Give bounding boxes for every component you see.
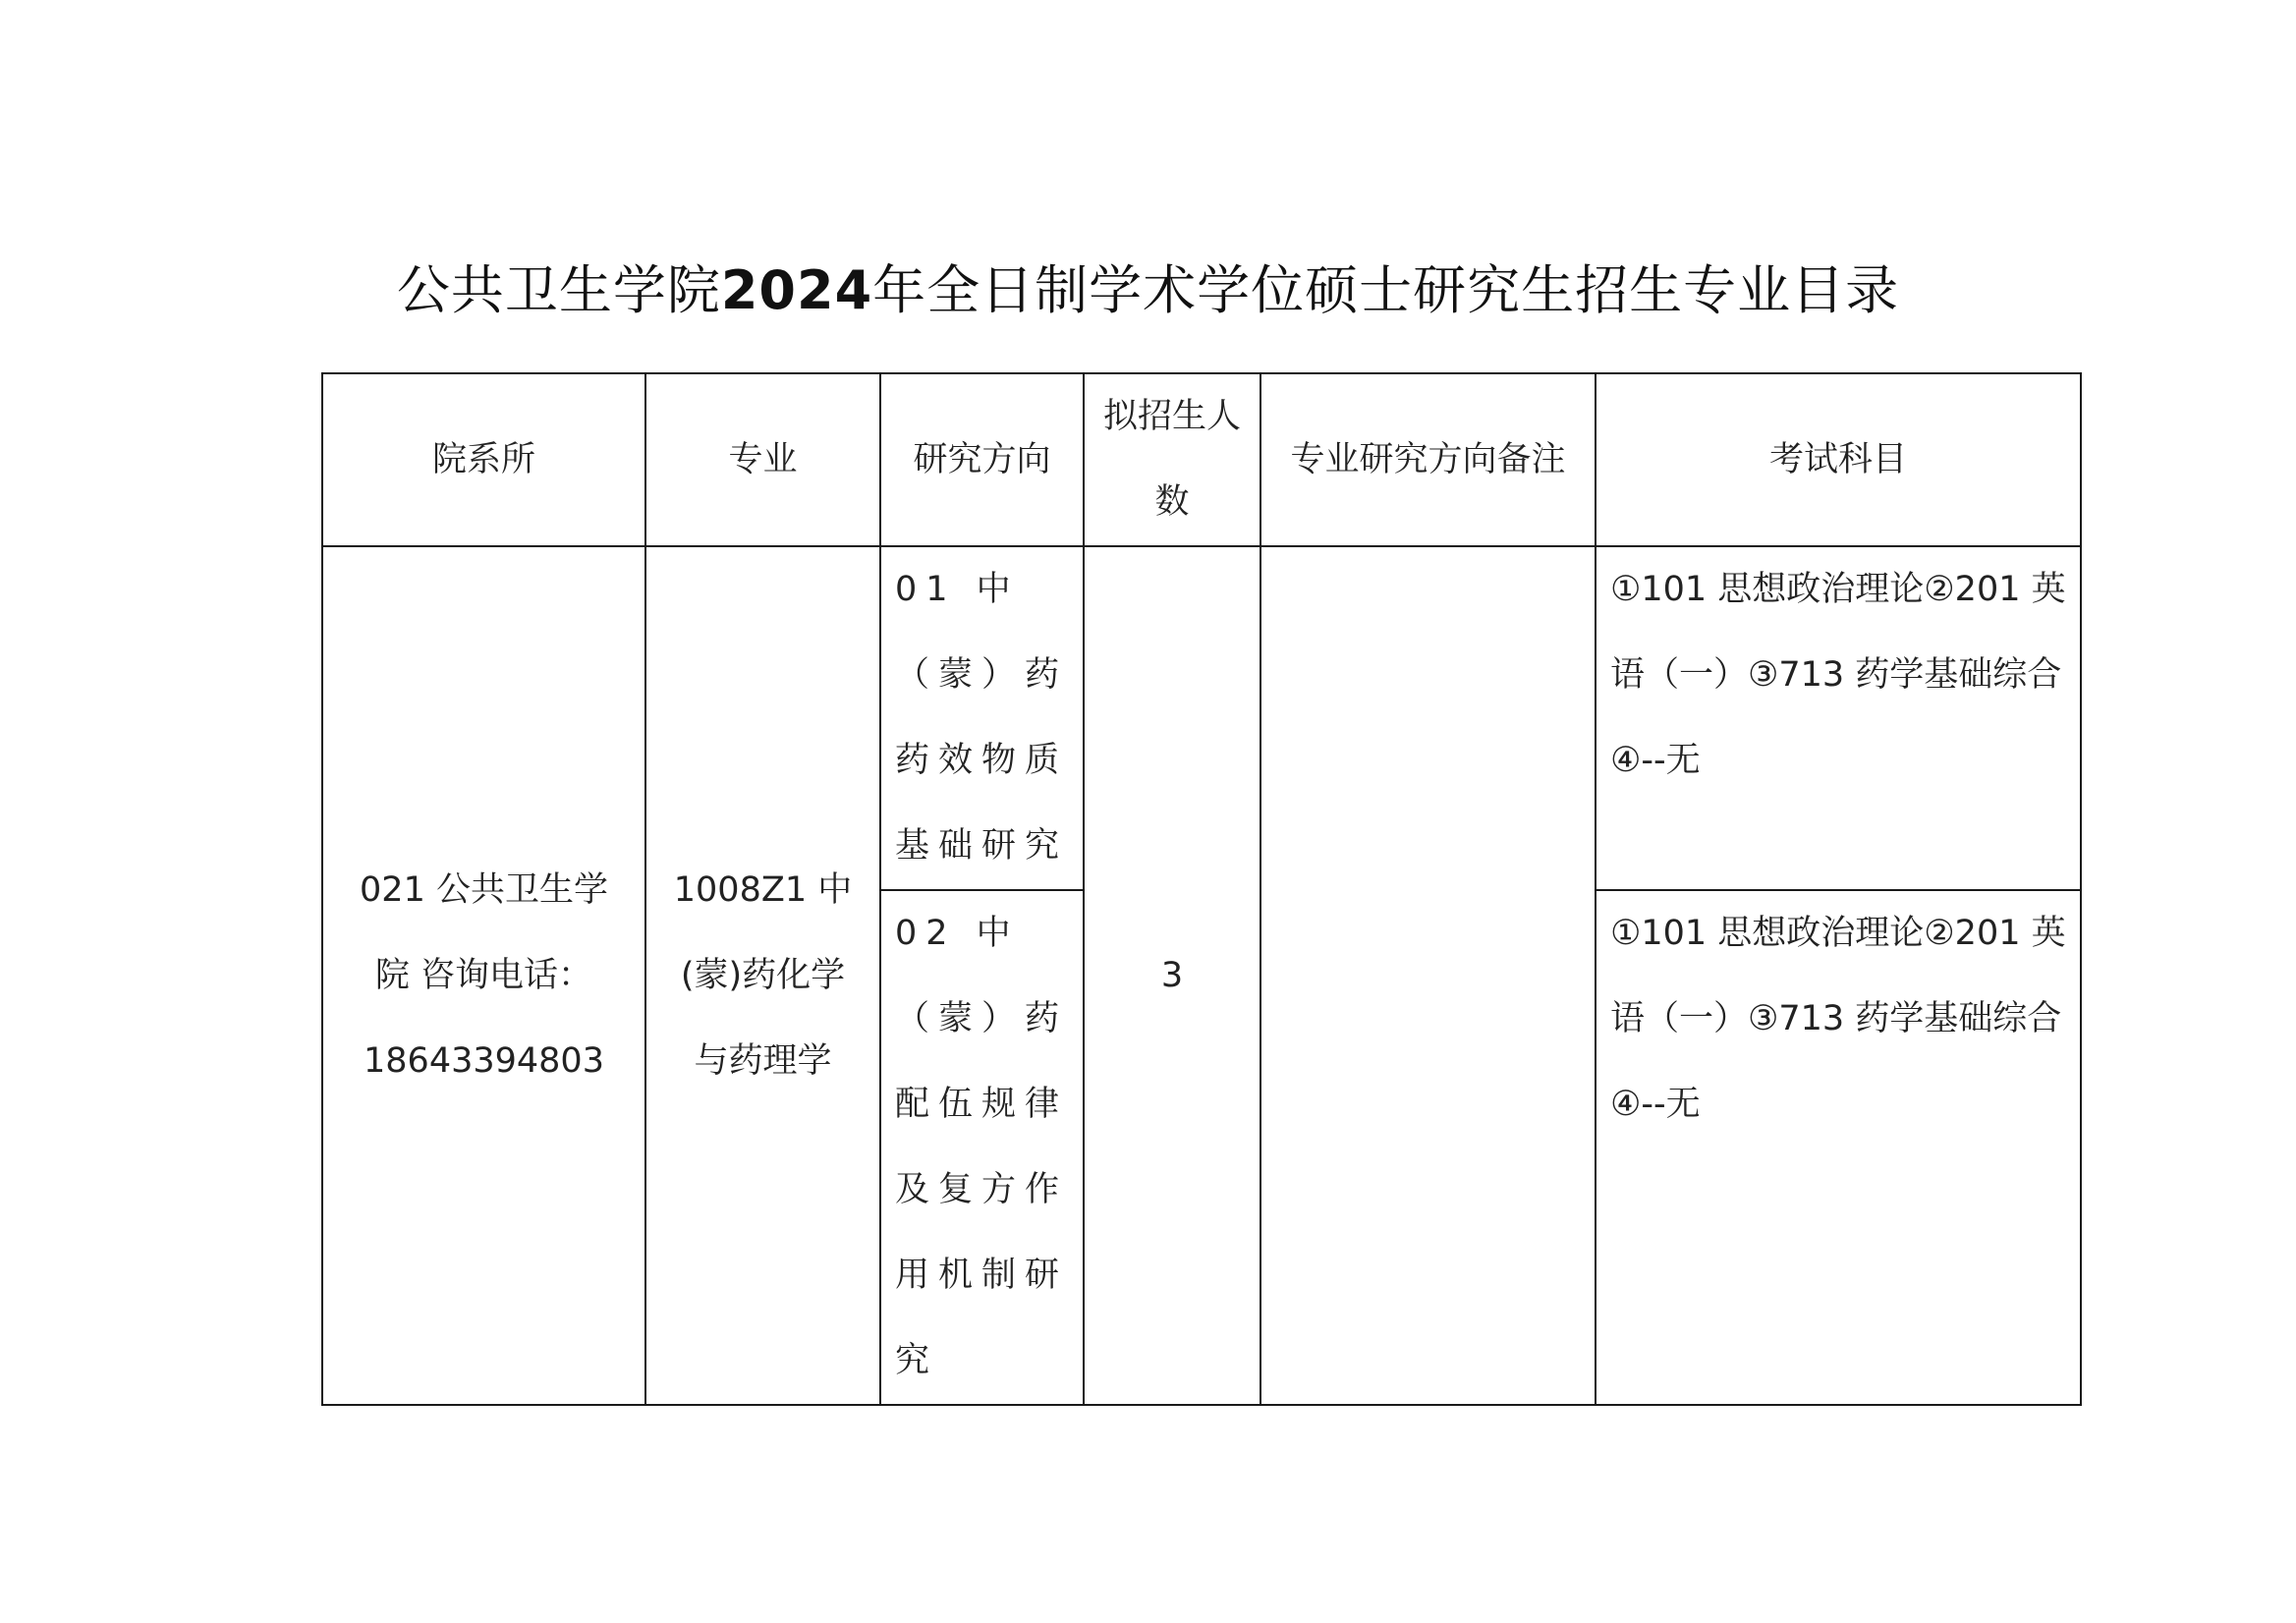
title-year: 2024 bbox=[721, 259, 872, 321]
header-major: 专业 bbox=[645, 373, 880, 546]
document-title: 公共卫生学院2024年全日制学术学位硕士研究生招生专业目录 bbox=[0, 253, 2296, 328]
major-line: 1008Z1 中 bbox=[660, 848, 866, 933]
header-note: 专业研究方向备注 bbox=[1260, 373, 1596, 546]
title-suffix: 年全日制学术学位硕士研究生招生专业目录 bbox=[872, 259, 1899, 321]
dept-line: 021 公共卫生学 bbox=[337, 848, 631, 933]
enrollment-catalog-table: 院系所 专业 研究方向 拟招生人数 专业研究方向备注 考试科目 021 公共卫生… bbox=[321, 372, 2082, 1406]
header-exam: 考试科目 bbox=[1596, 373, 2081, 546]
cell-enroll-count: 3 bbox=[1084, 546, 1260, 1405]
table-header-row: 院系所 专业 研究方向 拟招生人数 专业研究方向备注 考试科目 bbox=[322, 373, 2081, 546]
cell-direction-02: 02 中（蒙）药配伍规律及复方作用机制研究 bbox=[880, 890, 1084, 1405]
header-enroll: 拟招生人数 bbox=[1084, 373, 1260, 546]
table-row: 021 公共卫生学 院 咨询电话： 18643394803 1008Z1 中 (… bbox=[322, 546, 2081, 890]
major-line: (蒙)药化学 bbox=[660, 933, 866, 1019]
cell-major: 1008Z1 中 (蒙)药化学 与药理学 bbox=[645, 546, 880, 1405]
cell-exam-01: ①101 思想政治理论②201 英语（一）③713 药学基础综合④--无 bbox=[1596, 546, 2081, 890]
title-prefix: 公共卫生学院 bbox=[397, 259, 721, 321]
cell-dept: 021 公共卫生学 院 咨询电话： 18643394803 bbox=[322, 546, 645, 1405]
major-line: 与药理学 bbox=[660, 1019, 866, 1104]
cell-note bbox=[1260, 546, 1596, 1405]
cell-exam-02: ①101 思想政治理论②201 英语（一）③713 药学基础综合④--无 bbox=[1596, 890, 2081, 1405]
header-dept: 院系所 bbox=[322, 373, 645, 546]
header-direction: 研究方向 bbox=[880, 373, 1084, 546]
dept-line: 院 咨询电话： bbox=[337, 933, 631, 1019]
dept-phone: 18643394803 bbox=[337, 1019, 631, 1104]
cell-direction-01: 01 中（蒙）药药效物质基础研究 bbox=[880, 546, 1084, 890]
